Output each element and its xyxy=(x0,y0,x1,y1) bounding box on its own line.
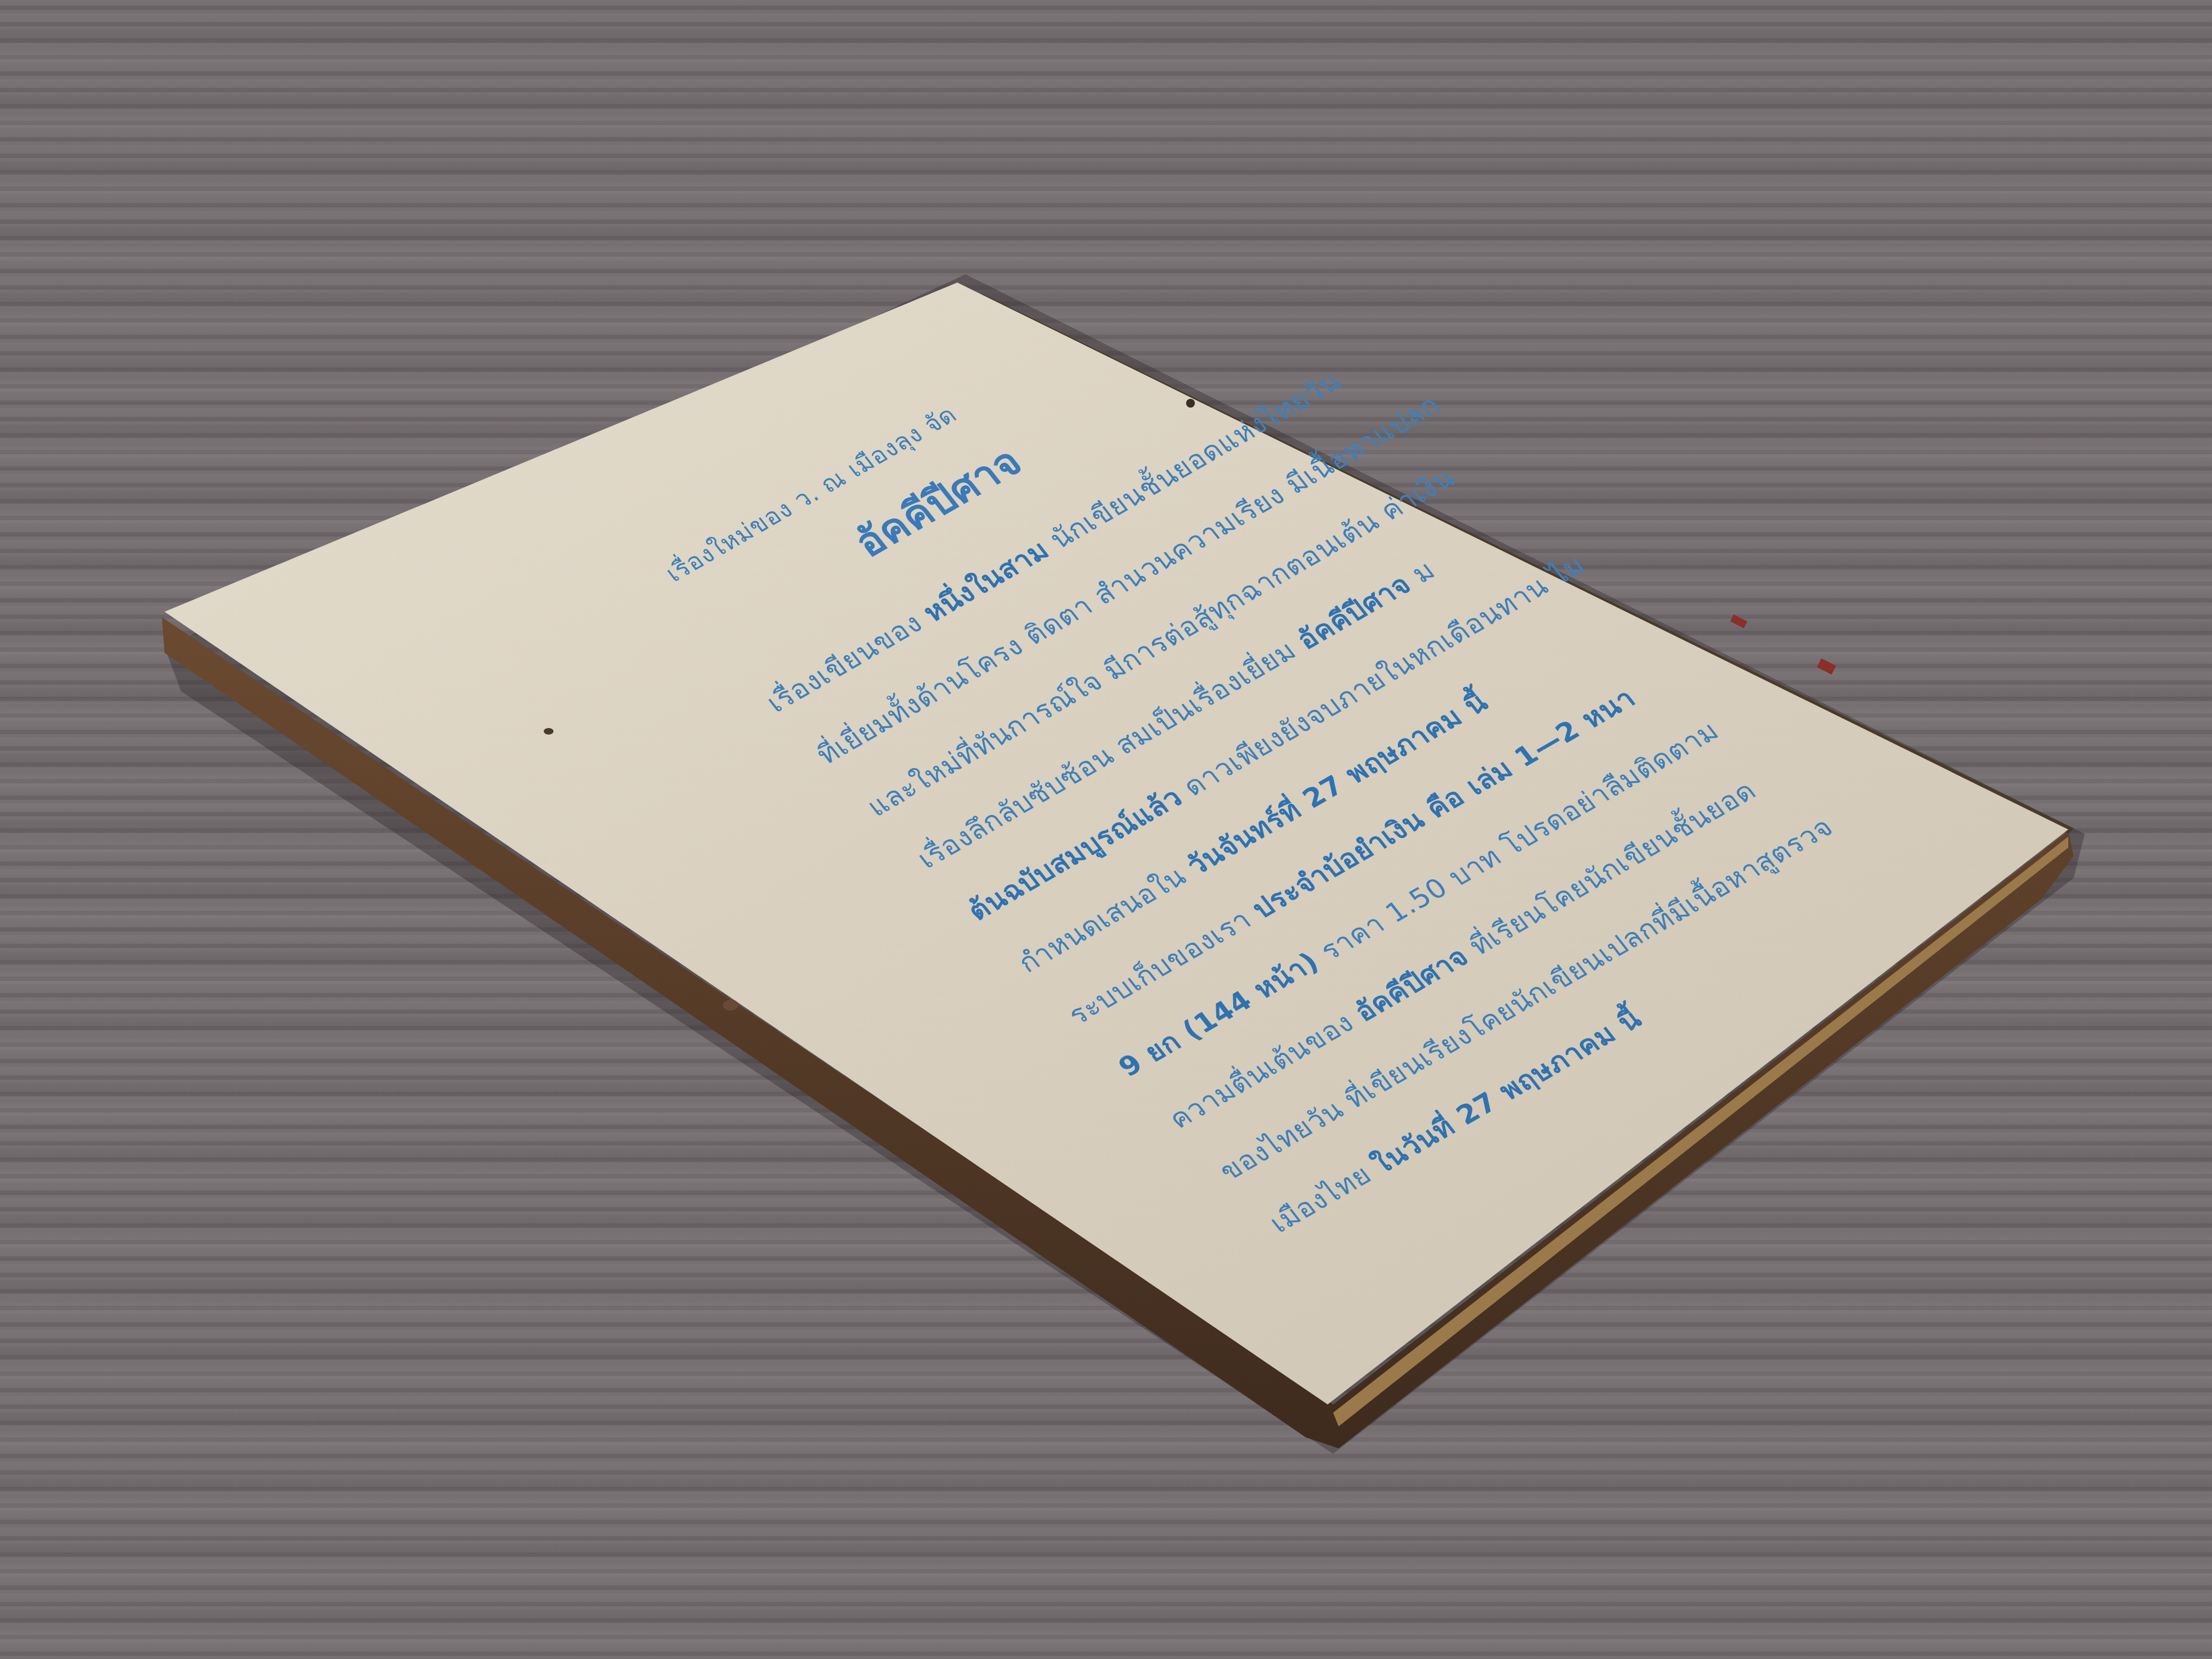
stain-spot xyxy=(723,1000,738,1011)
stain-spot xyxy=(544,728,554,735)
spine-color-mark xyxy=(1730,614,1747,628)
spine-color-mark xyxy=(1817,658,1836,675)
